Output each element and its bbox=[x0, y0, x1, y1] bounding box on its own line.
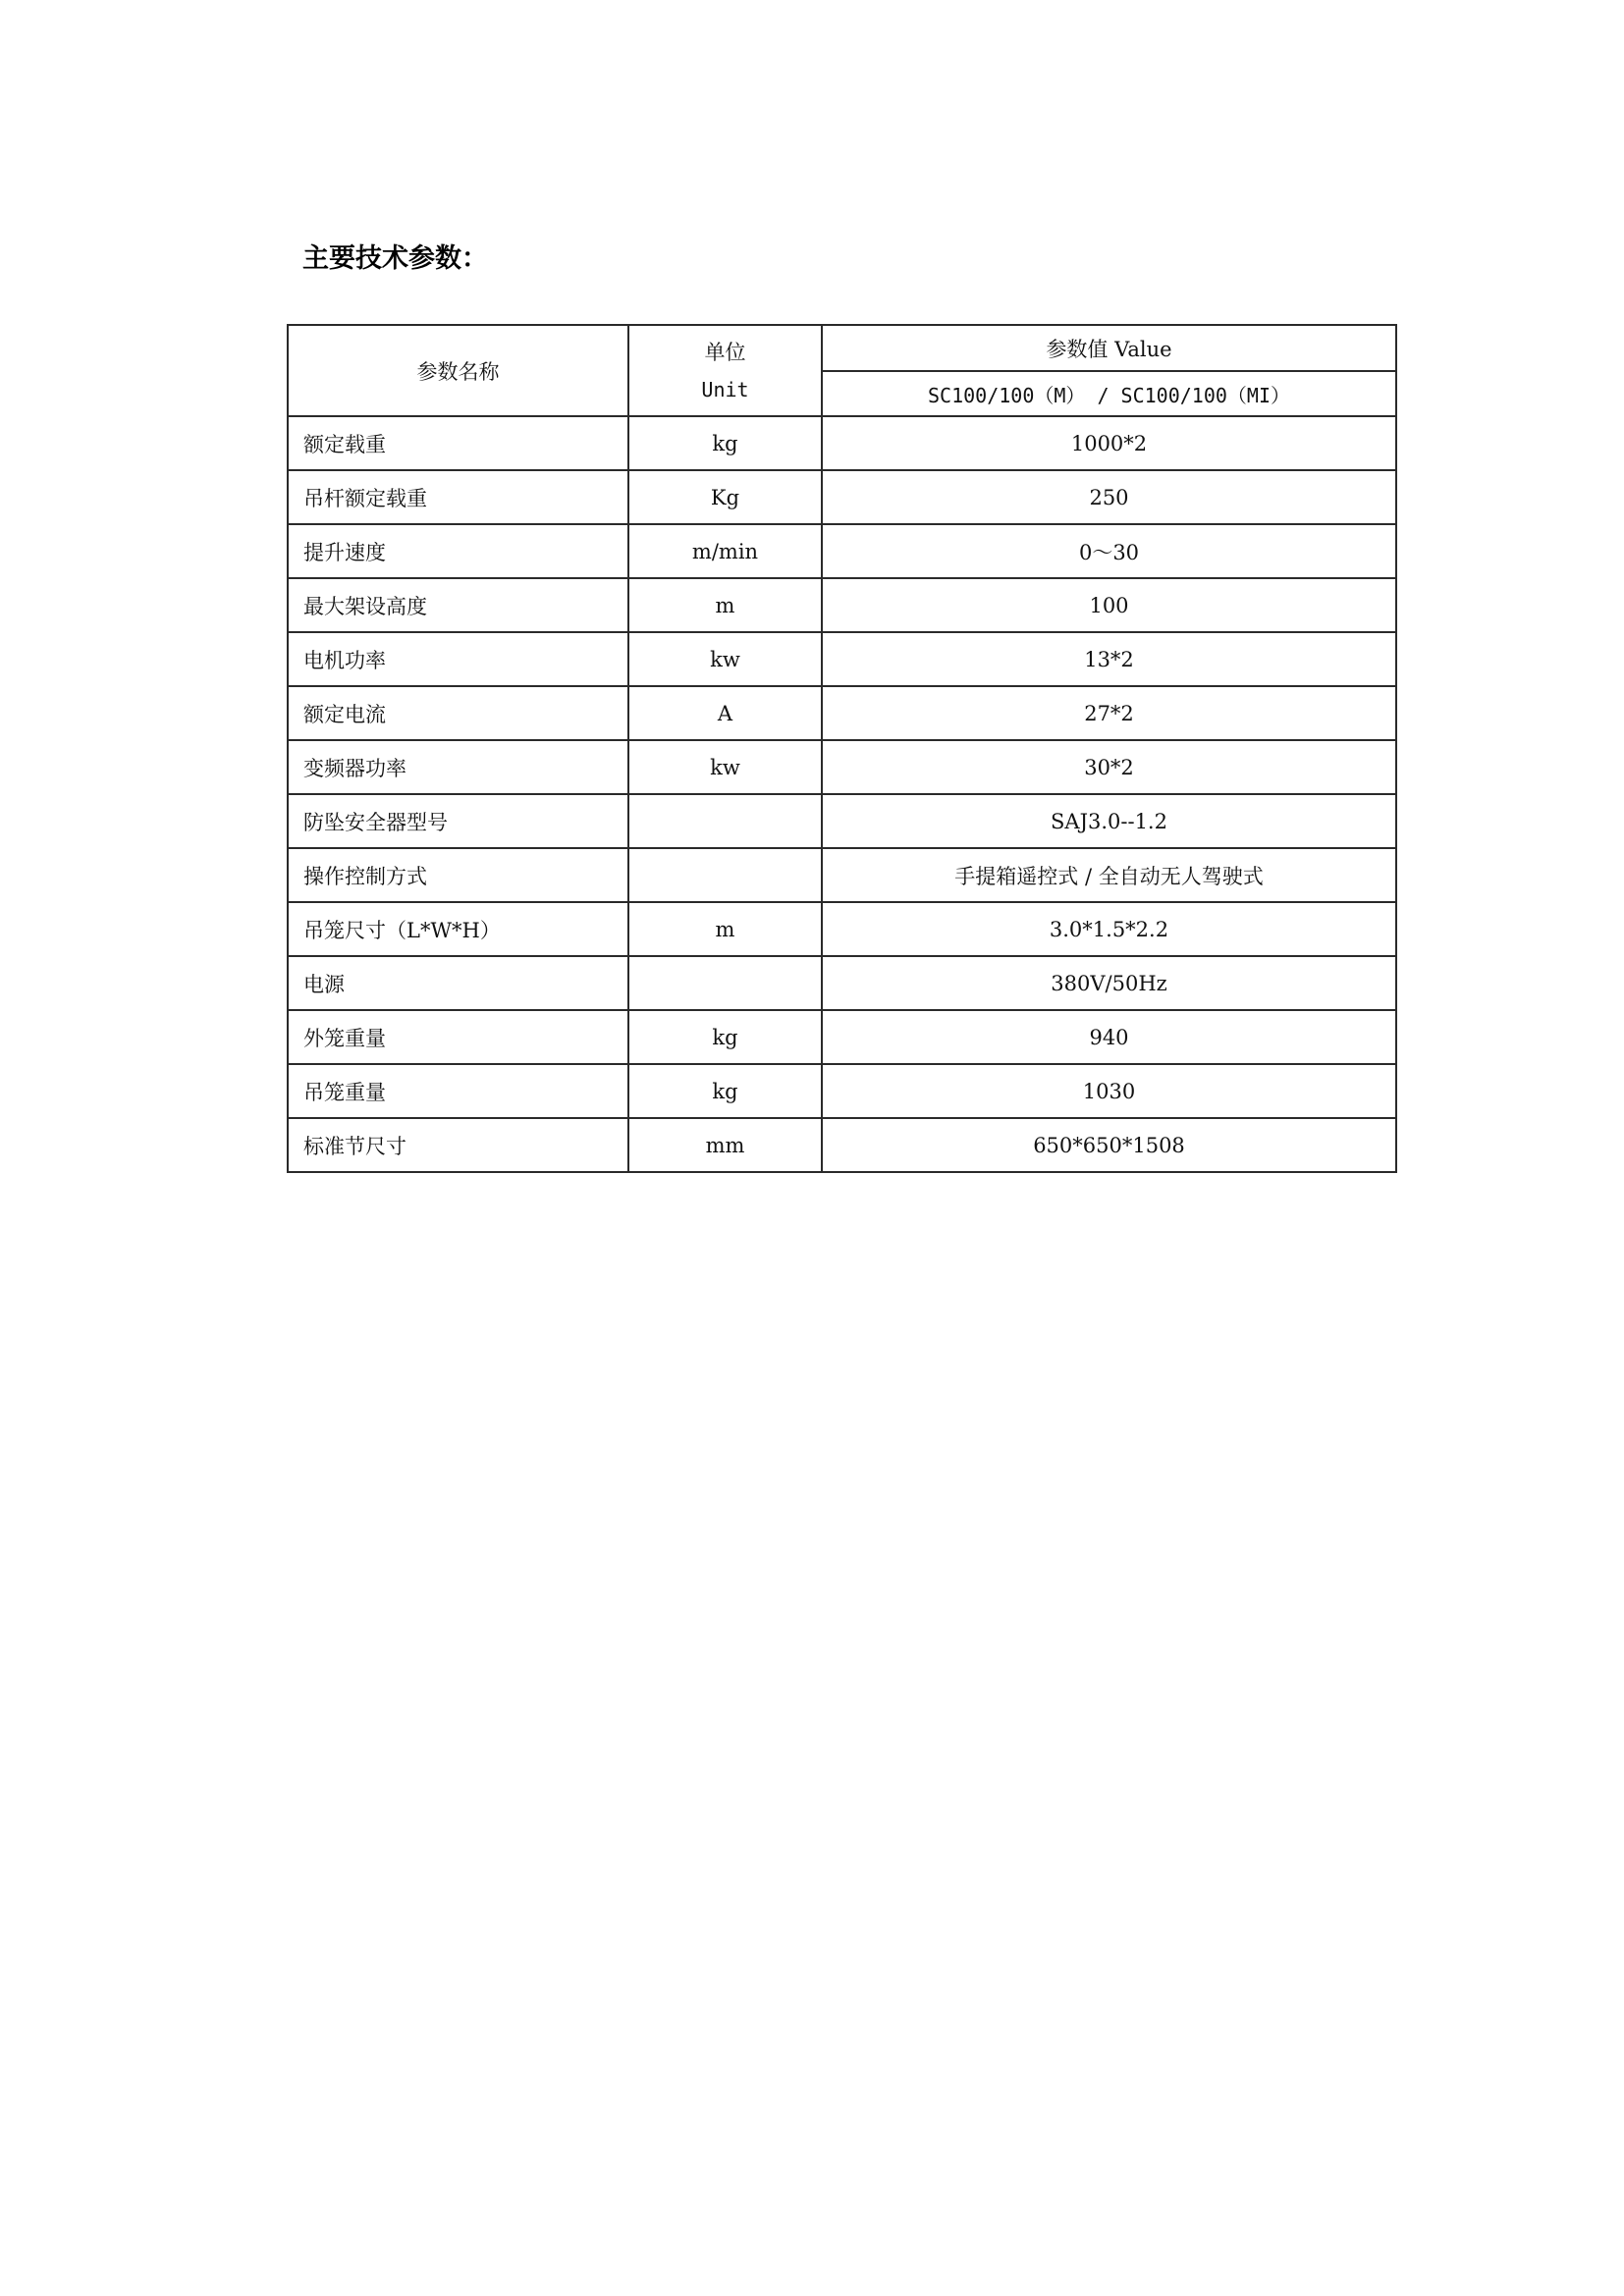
value-cell: 手提箱遥控式 / 全自动无人驾驶式 bbox=[822, 848, 1396, 902]
unit-cell bbox=[628, 794, 822, 848]
parameter-name-cell: 电源 bbox=[288, 956, 628, 1010]
technical-parameters-table: 参数名称 单位 Unit 参数值 Value SC100/100（M） / SC… bbox=[287, 324, 1397, 1173]
table-row: 电机功率kw13*2 bbox=[288, 632, 1396, 686]
unit-cell: kg bbox=[628, 1064, 822, 1118]
unit-cell bbox=[628, 956, 822, 1010]
value-cell: 27*2 bbox=[822, 686, 1396, 740]
unit-cell: m bbox=[628, 578, 822, 632]
header-unit-en: Unit bbox=[701, 378, 748, 401]
parameter-name-cell: 吊笼重量 bbox=[288, 1064, 628, 1118]
table-row: 标准节尺寸mm650*650*1508 bbox=[288, 1118, 1396, 1172]
parameter-name-cell: 电机功率 bbox=[288, 632, 628, 686]
parameter-name-cell: 标准节尺寸 bbox=[288, 1118, 628, 1172]
table-row: 提升速度m/min0～30 bbox=[288, 524, 1396, 578]
table-row: 吊杆额定载重Kg250 bbox=[288, 470, 1396, 524]
unit-cell: Kg bbox=[628, 470, 822, 524]
unit-cell: mm bbox=[628, 1118, 822, 1172]
table-row: 吊笼尺寸（L*W*H）m3.0*1.5*2.2 bbox=[288, 902, 1396, 956]
header-unit: 单位 Unit bbox=[628, 325, 822, 416]
parameter-name-cell: 吊笼尺寸（L*W*H） bbox=[288, 902, 628, 956]
unit-cell: m/min bbox=[628, 524, 822, 578]
table-body: 额定载重kg1000*2吊杆额定载重Kg250提升速度m/min0～30最大架设… bbox=[288, 416, 1396, 1172]
table-row: 防坠安全器型号SAJ3.0--1.2 bbox=[288, 794, 1396, 848]
value-cell: 3.0*1.5*2.2 bbox=[822, 902, 1396, 956]
value-cell: 0～30 bbox=[822, 524, 1396, 578]
unit-cell: kw bbox=[628, 740, 822, 794]
table-row: 变频器功率kw30*2 bbox=[288, 740, 1396, 794]
unit-cell: kg bbox=[628, 416, 822, 470]
unit-cell: kg bbox=[628, 1010, 822, 1064]
value-cell: 650*650*1508 bbox=[822, 1118, 1396, 1172]
table-row: 操作控制方式手提箱遥控式 / 全自动无人驾驶式 bbox=[288, 848, 1396, 902]
value-cell: SAJ3.0--1.2 bbox=[822, 794, 1396, 848]
parameter-name-cell: 防坠安全器型号 bbox=[288, 794, 628, 848]
unit-cell: kw bbox=[628, 632, 822, 686]
value-cell: 30*2 bbox=[822, 740, 1396, 794]
unit-cell bbox=[628, 848, 822, 902]
value-cell: 1000*2 bbox=[822, 416, 1396, 470]
value-cell: 100 bbox=[822, 578, 1396, 632]
parameter-name-cell: 提升速度 bbox=[288, 524, 628, 578]
parameter-name-cell: 额定载重 bbox=[288, 416, 628, 470]
table-row: 电源380V/50Hz bbox=[288, 956, 1396, 1010]
value-cell: 1030 bbox=[822, 1064, 1396, 1118]
value-cell: 13*2 bbox=[822, 632, 1396, 686]
parameter-name-cell: 操作控制方式 bbox=[288, 848, 628, 902]
page-title: 主要技术参数： bbox=[302, 240, 488, 279]
parameter-name-cell: 外笼重量 bbox=[288, 1010, 628, 1064]
unit-cell: A bbox=[628, 686, 822, 740]
value-cell: 380V/50Hz bbox=[822, 956, 1396, 1010]
parameter-name-cell: 额定电流 bbox=[288, 686, 628, 740]
table-row: 吊笼重量kg1030 bbox=[288, 1064, 1396, 1118]
table-row: 外笼重量kg940 bbox=[288, 1010, 1396, 1064]
parameter-name-cell: 吊杆额定载重 bbox=[288, 470, 628, 524]
table-row: 额定载重kg1000*2 bbox=[288, 416, 1396, 470]
value-cell: 940 bbox=[822, 1010, 1396, 1064]
parameter-name-cell: 变频器功率 bbox=[288, 740, 628, 794]
parameter-name-cell: 最大架设高度 bbox=[288, 578, 628, 632]
table-row: 最大架设高度m100 bbox=[288, 578, 1396, 632]
value-cell: 250 bbox=[822, 470, 1396, 524]
table-row: 额定电流A27*2 bbox=[288, 686, 1396, 740]
table-header-row: 参数名称 单位 Unit 参数值 Value bbox=[288, 325, 1396, 371]
header-value: 参数值 Value bbox=[822, 325, 1396, 371]
header-parameter-name: 参数名称 bbox=[288, 325, 628, 416]
header-unit-cn: 单位 bbox=[705, 341, 746, 364]
header-models: SC100/100（M） / SC100/100（MI） bbox=[822, 371, 1396, 416]
unit-cell: m bbox=[628, 902, 822, 956]
